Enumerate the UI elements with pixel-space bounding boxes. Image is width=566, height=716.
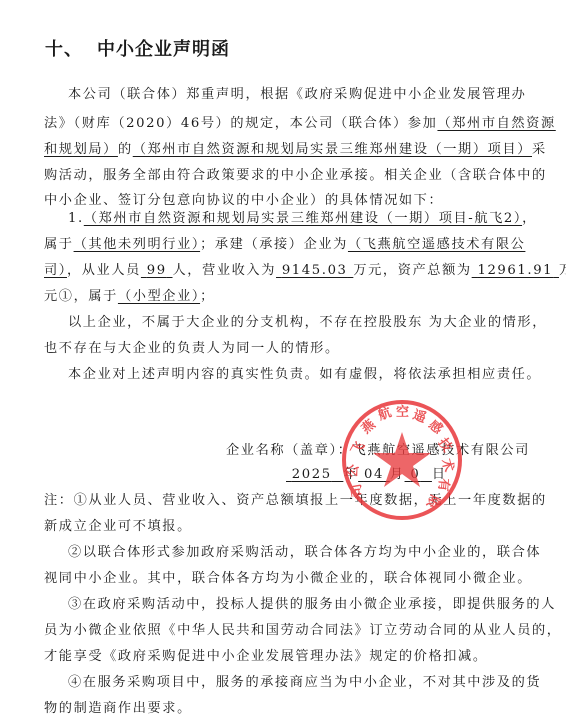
purchaser-name: （郑州市自然资源 <box>437 116 555 131</box>
note-line: 注：①从业人员、营业收入、资产总额填报上一年度数据，无上一年度数据的 <box>44 492 547 510</box>
text: ， <box>522 211 537 226</box>
item-number: 1. <box>68 211 84 226</box>
note-line: 物的制造商作出要求。 <box>44 700 192 716</box>
paragraph-line: 和规划局）的（郑州市自然资源和规划局实景三维郑州建设（一期）项目）采 <box>44 141 547 159</box>
svg-text:遥: 遥 <box>411 407 429 426</box>
paragraph-line: 本公司（联合体）郑重声明，根据《政府采购促进中小企业发展管理办 <box>68 86 526 104</box>
purchaser-name-cont: 和规划局） <box>44 142 118 157</box>
industry: （其他未列明行业） <box>74 237 201 252</box>
text: 万元，资产总额为 <box>353 263 471 278</box>
note-line: 视同中小企业。其中，联合体各方均为小微企业的，联合体视同小微企业。 <box>44 570 532 588</box>
signature-date: 2025 年 04 月 0 日 <box>286 466 447 484</box>
statement-line: 以上企业，不属于大企业的分支机构，不存在控股股东 为大企业的情形， <box>68 314 547 332</box>
signature-company: 企业名称（盖章）：飞燕航空遥感技术有限公司 <box>226 442 530 460</box>
statement-line: 也不存在与大企业的负责人为同一人的情形。 <box>44 340 340 358</box>
item-1-line: 司），从业人员 99 人，营业收入为 9145.03 万元，资产总额为 1296… <box>44 262 566 280</box>
item-project: （郑州市自然资源和规划局实景三维郑州建设（一期）项目-航飞2） <box>84 211 522 226</box>
text: ；承建（承接）企业为 <box>200 237 348 252</box>
svg-text:燕: 燕 <box>358 416 379 437</box>
text: 人，营业收入为 <box>173 263 277 278</box>
paragraph-line: 购活动，服务全部由符合政策要求的中小企业承接。相关企业（含联合体中的 <box>44 167 547 185</box>
contractor-company: （飞燕航空遥感技术有限公 <box>348 237 525 252</box>
date-month: 04 <box>358 467 390 482</box>
text: 月 <box>390 467 405 482</box>
date-year: 2025 <box>286 467 343 482</box>
note-line: ④在服务采购项目中，服务的承接商应当为中小企业，不对其中涉及的货 <box>68 674 541 692</box>
paragraph-line: 法》（财库（2020）46号）的规定，本公司（联合体）参加（郑州市自然资源 <box>44 115 556 133</box>
text: ，从业人员 <box>67 263 141 278</box>
assets-value: 12961.91 <box>472 263 559 278</box>
svg-text:空: 空 <box>396 404 409 420</box>
text: ； <box>200 289 215 304</box>
note-line: 员为小微企业依照《中华人民共和国劳动合同法》订立劳动合同的从业人员的， <box>44 622 562 640</box>
item-1-line: 1.（郑州市自然资源和规划局实景三维郑州建设（一期）项目-航飞2）， <box>68 210 537 228</box>
section-number: 十、 <box>45 35 97 61</box>
document-page: 十、中小企业声明函 本公司（联合体）郑重声明，根据《政府采购促进中小企业发展管理… <box>0 0 566 716</box>
page-title: 十、中小企业声明函 <box>45 35 230 61</box>
note-line: ③在政府采购活动中，投标人提供的服务由小微企业承接，即提供服务的人 <box>68 596 556 614</box>
text: 法》（财库（2020）46号）的规定，本公司（联合体）参加 <box>44 116 437 131</box>
statement-line: 本企业对上述声明内容的真实性负责。如有虚假，将依法承担相应责任。 <box>68 366 541 384</box>
text: 的 <box>118 142 133 157</box>
note-line: 才能享受《政府采购促进中小企业发展管理办法》规定的价格扣减。 <box>44 648 488 666</box>
note-line: 新成立企业可不填报。 <box>44 518 192 536</box>
signature-label: 企业名称（盖章）： <box>226 443 353 458</box>
project-name: （郑州市自然资源和规划局实景三维郑州建设（一期）项目） <box>133 142 532 157</box>
text: 万 <box>559 263 566 278</box>
paragraph-line: 中小企业、签订分包意向协议的中小企业）的具体情况如下： <box>44 192 443 210</box>
item-1-line: 元①，属于（小型企业）； <box>44 288 215 306</box>
contractor-company-cont: 司） <box>44 263 67 278</box>
text: 日 <box>432 467 447 482</box>
text: 采 <box>532 142 547 157</box>
text: 元①，属于 <box>44 289 118 304</box>
svg-text:感: 感 <box>425 417 445 438</box>
svg-text:航: 航 <box>376 404 394 423</box>
item-1-line: 属于（其他未列明行业）；承建（承接）企业为（飞燕航空遥感技术有限公 <box>44 236 525 254</box>
note-line: ②以联合体形式参加政府采购活动，联合体各方均为中小企业的，联合体 <box>68 544 541 562</box>
revenue-value: 9145.03 <box>276 263 353 278</box>
date-day: 0 <box>405 467 432 482</box>
signature-company-name: 飞燕航空遥感技术有限公司 <box>353 443 530 458</box>
text: 年 <box>343 467 358 482</box>
text: 属于 <box>44 237 74 252</box>
employees-count: 99 <box>141 263 173 278</box>
title-text: 中小企业声明函 <box>97 39 230 60</box>
enterprise-type: （小型企业） <box>118 289 200 304</box>
